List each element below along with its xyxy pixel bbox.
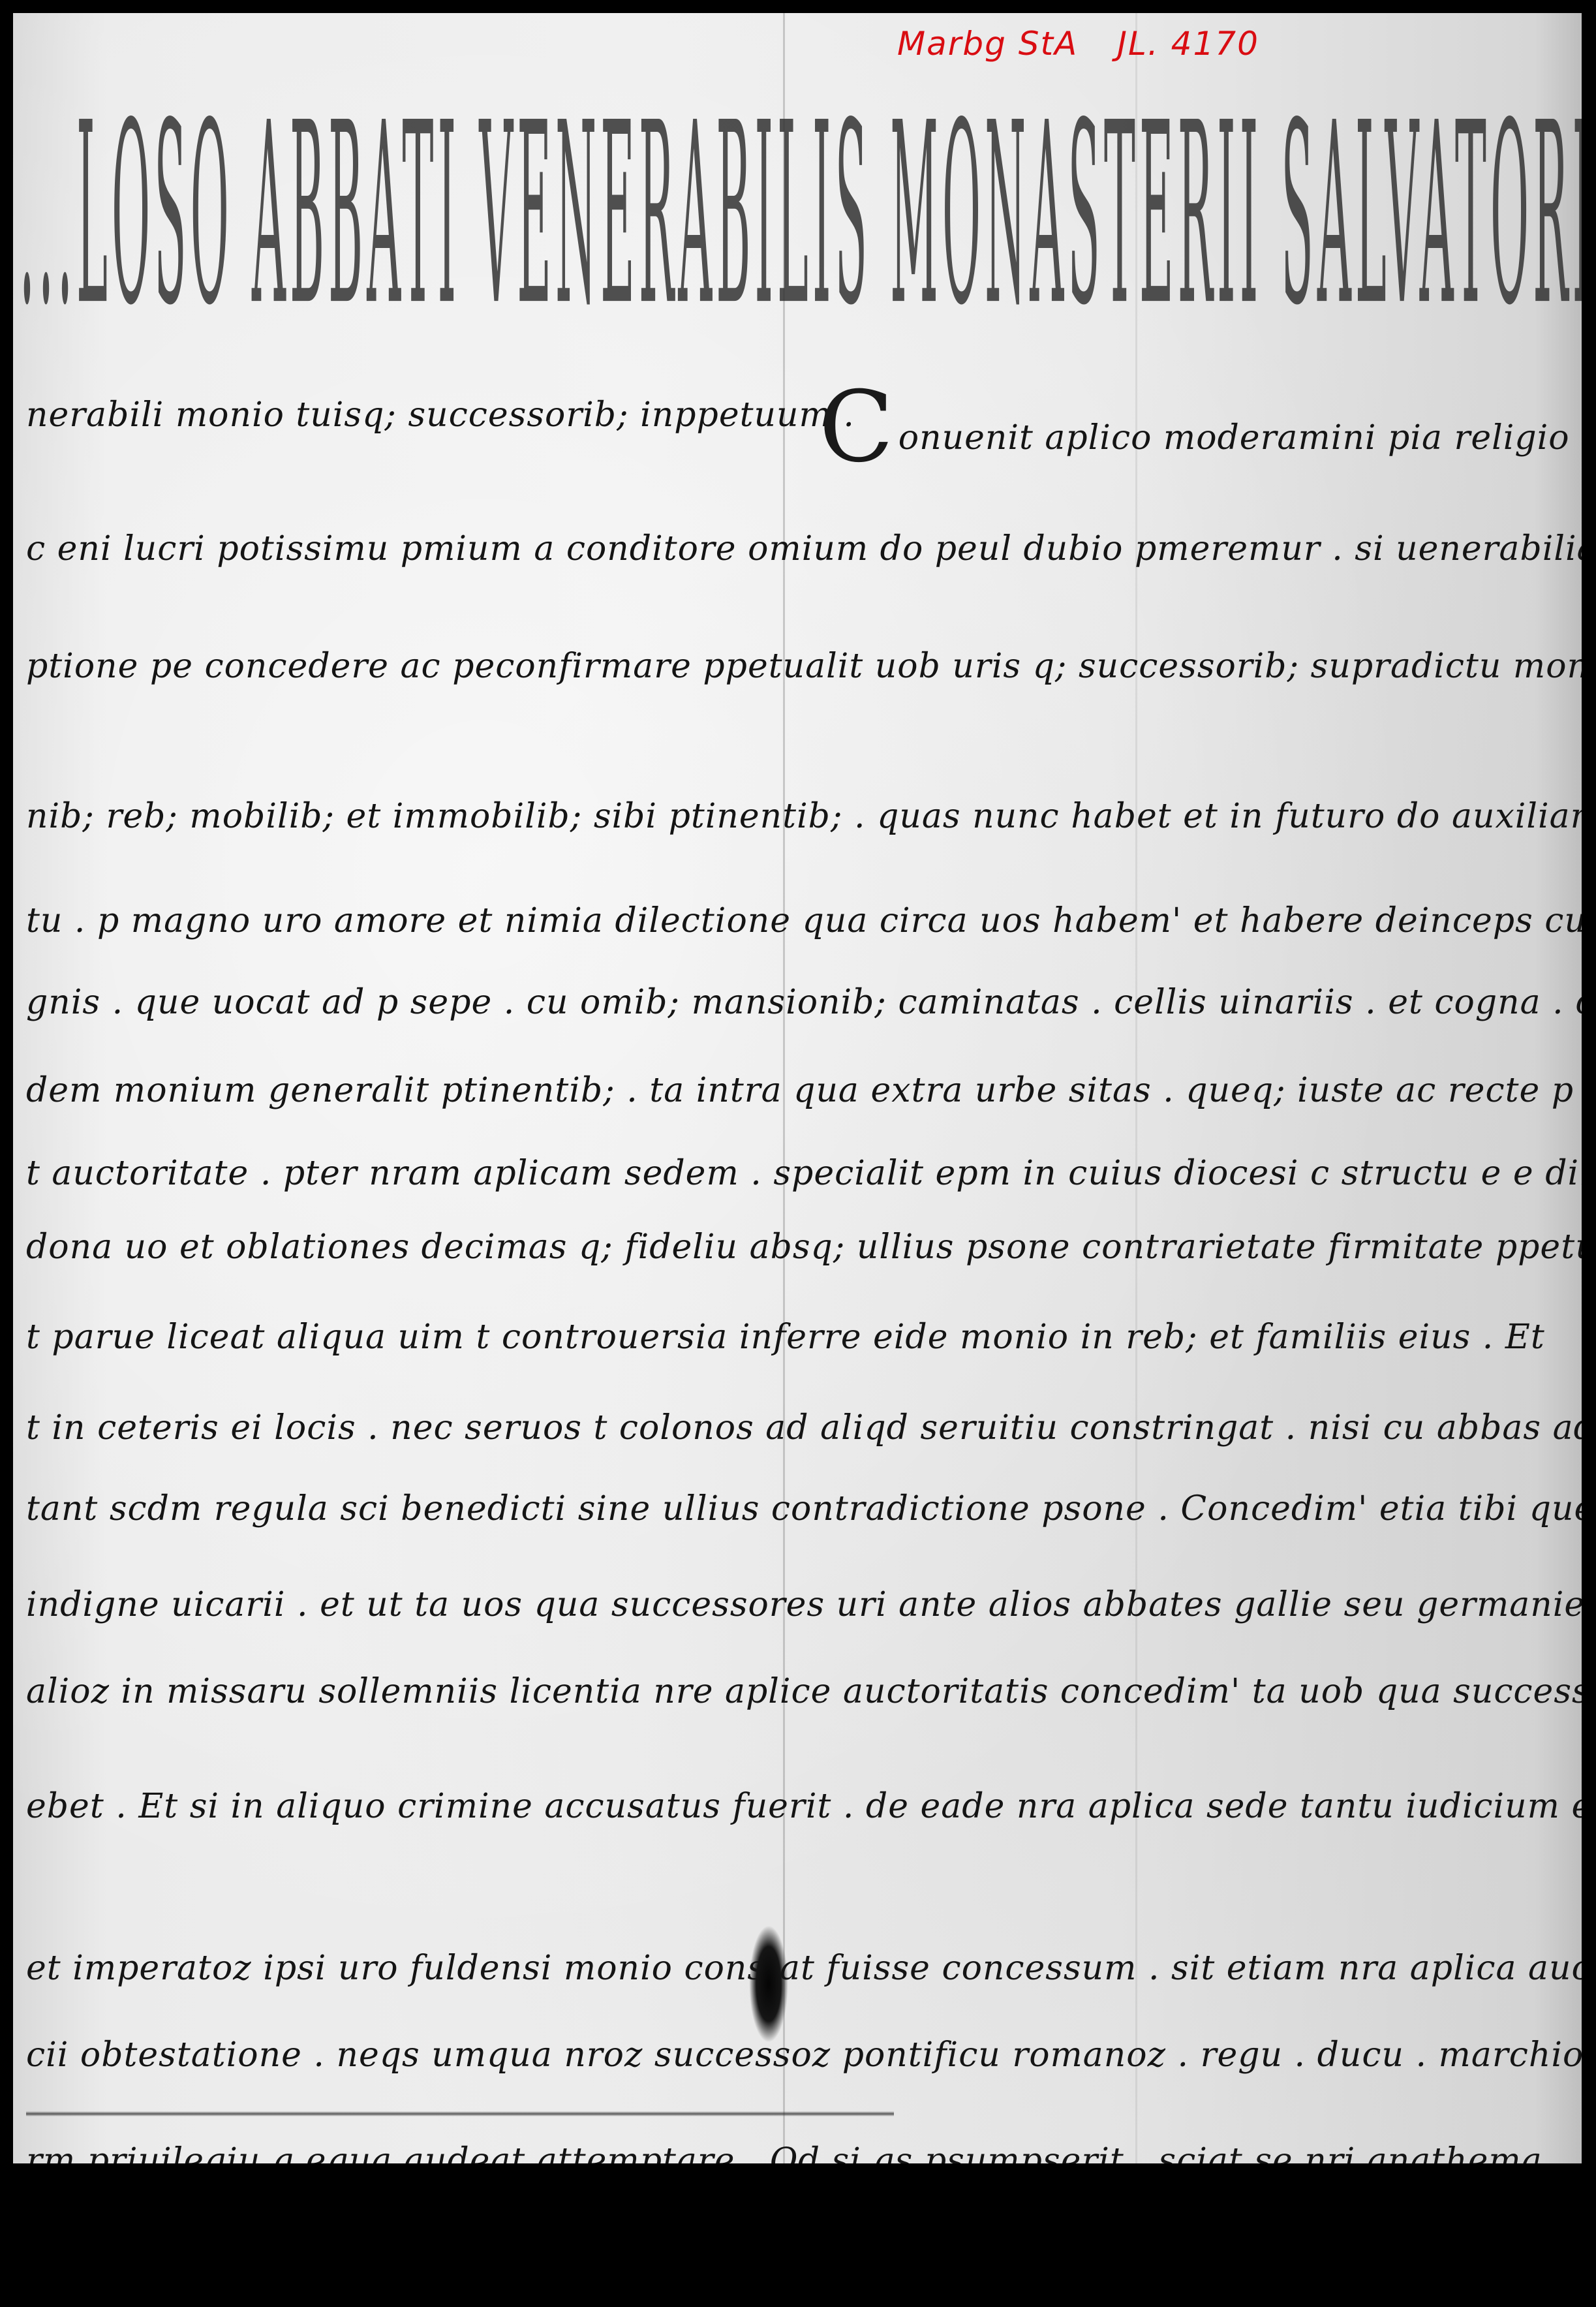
line-text: alioz in missaru sollemniis licentia nre…: [26, 1672, 1582, 1711]
decorated-initial-c: C: [819, 371, 895, 484]
line-text: onuenit aplico moderamini pia religio: [898, 418, 1570, 457]
line-text: nerabili monio tuisq; successorib; inppe…: [26, 395, 855, 435]
line-text: ebet . Et si in aliquo crimine accusatus…: [26, 1787, 1582, 1826]
manuscript-line-13: indigne uicarii . et ut ta uos qua succe…: [26, 1588, 1569, 1622]
manuscript-line-17: cii obtestatione . neqs umqua nroz succe…: [26, 2038, 1569, 2072]
line-text: tu . p magno uro amore et nimia dilectio…: [26, 901, 1582, 940]
manuscript-line-9: dona uo et oblationes decimas q; fideliu…: [26, 1230, 1569, 1264]
line-text: indigne uicarii . et ut ta uos qua succe…: [26, 1585, 1582, 1624]
reference-number: JL. 4170: [1117, 25, 1259, 63]
repository-mark: Marbg StA: [897, 25, 1078, 63]
manuscript-sheet: Marbg StAJL. 4170 ...LOSO ABBATI VENERAB…: [13, 13, 1582, 2163]
line-text: nib; reb; mobilib; et immobilib; sibi pt…: [26, 797, 1582, 836]
display-line-text: ...LOSO ABBATI VENERABILIS MONASTERII SA…: [20, 70, 1582, 343]
manuscript-line-8: t auctoritate . pter nram aplicam sedem …: [26, 1156, 1569, 1190]
manuscript-line-11: t in ceteris ei locis . nec seruos t col…: [26, 1411, 1569, 1445]
manuscript-line-2: c eni lucri potissimu pmium a conditore …: [26, 532, 1569, 566]
manuscript-line-1-right: Conuenit aplico moderamini pia religio: [819, 379, 1569, 476]
elongated-display-script-line: ...LOSO ABBATI VENERABILIS MONASTERII SA…: [20, 69, 1582, 343]
line-text: t parue liceat aliqua uim t controuersia…: [26, 1318, 1545, 1357]
line-text: dem monium generalit ptinentib; . ta int…: [26, 1071, 1574, 1110]
manuscript-line-12: tant scdm regula sci benedicti sine ulli…: [26, 1492, 1569, 1526]
line-text: ptione pe concedere ac peconfirmare ppet…: [26, 647, 1582, 686]
line-text: rm priuilegiu q equa audeat attemptare .…: [26, 2141, 1542, 2163]
archival-annotation: Marbg StAJL. 4170: [897, 25, 1298, 63]
line-text: et imperatoz ipsi uro fuldensi monio con…: [26, 1949, 1582, 1988]
manuscript-line-7: dem monium generalit ptinentib; . ta int…: [26, 1074, 1569, 1107]
line-text: t in ceteris ei locis . nec seruos t col…: [26, 1408, 1582, 1448]
manuscript-line-15: ebet . Et si in aliquo crimine accusatus…: [26, 1789, 1569, 1823]
manuscript-line-3: ptione pe concedere ac peconfirmare ppet…: [26, 649, 1569, 683]
line-text: tant scdm regula sci benedicti sine ulli…: [26, 1489, 1582, 1528]
manuscript-line-6: gnis . que uocat ad p sepe . cu omib; ma…: [26, 985, 1569, 1019]
manuscript-line-5: tu . p magno uro amore et nimia dilectio…: [26, 904, 1569, 938]
ruled-underline: [26, 2111, 894, 2116]
line-text: gnis . que uocat ad p sepe . cu omib; ma…: [26, 983, 1582, 1022]
ink-blot: [749, 1925, 788, 2043]
manuscript-line-4: nib; reb; mobilib; et immobilib; sibi pt…: [26, 799, 1569, 833]
line-text: dona uo et oblationes decimas q; fideliu…: [26, 1228, 1582, 1267]
line-text: c eni lucri potissimu pmium a conditore …: [26, 529, 1582, 568]
manuscript-line-16: et imperatoz ipsi uro fuldensi monio con…: [26, 1951, 1569, 1985]
manuscript-line-18: rm priuilegiu q equa audeat attemptare .…: [26, 2144, 1569, 2163]
manuscript-line-14: alioz in missaru sollemniis licentia nre…: [26, 1675, 1569, 1709]
line-text: cii obtestatione . neqs umqua nroz succe…: [26, 2036, 1582, 2075]
line-text: t auctoritate . pter nram aplicam sedem …: [26, 1154, 1582, 1193]
manuscript-line-10: t parue liceat aliqua uim t controuersia…: [26, 1320, 1569, 1354]
